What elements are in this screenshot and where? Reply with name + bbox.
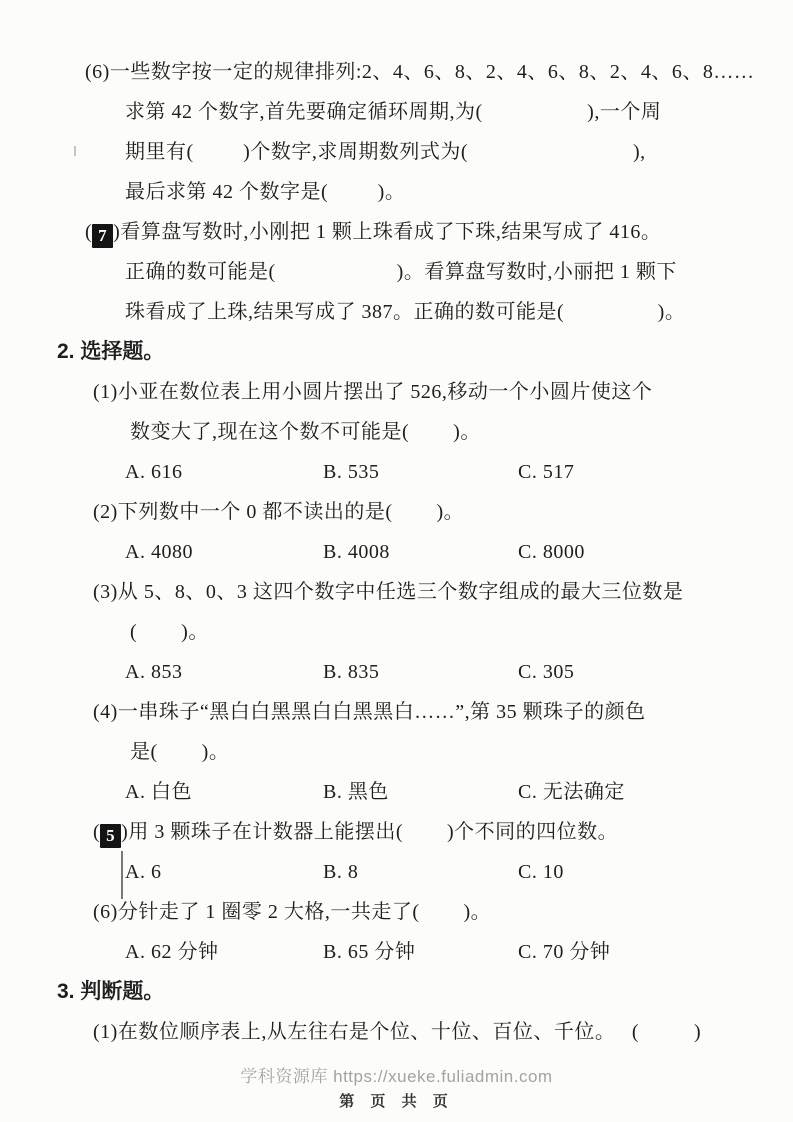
judge-question-1: (1)在数位顺序表上,从左往右是个位、十位、百位、千位。 ( )	[57, 1012, 753, 1052]
choice-question-1-options: A. 616 B. 535 C. 517	[57, 452, 753, 492]
option-c: C. 305	[518, 652, 753, 692]
page-number-text: 第 页 共 页	[0, 1090, 793, 1111]
choice-question-3-line-1: (3)从 5、8、0、3 这四个数字中任选三个数字组成的最大三位数是	[57, 572, 753, 612]
choice-question-1-line-1: (1)小亚在数位表上用小圆片摆出了 526,移动一个小圆片使这个	[57, 372, 753, 412]
option-c: C. 无法确定	[518, 772, 753, 812]
option-c: C. 10	[518, 852, 753, 892]
fill-question-7: (7)看算盘写数时,小刚把 1 颗上珠看成了下珠,结果写成了 416。 正确的数…	[57, 212, 753, 332]
choice-question-5-options: A. 6 B. 8 C. 10	[57, 852, 753, 892]
worksheet-page: (6)一些数字按一定的规律排列:2、4、6、8、2、4、6、8、2、4、6、8……	[0, 0, 793, 1122]
fill-question-7-line-2: 正确的数可能是( )。看算盘写数时,小丽把 1 颗下	[57, 252, 753, 292]
choice-question-3-options: A. 853 B. 835 C. 305	[57, 652, 753, 692]
fill-question-6: (6)一些数字按一定的规律排列:2、4、6、8、2、4、6、8、2、4、6、8……	[57, 52, 753, 212]
question-text: 在数位顺序表上,从左往右是个位、十位、百位、千位。 ( )	[118, 1021, 701, 1043]
question-number-label: (4)	[93, 701, 118, 723]
choice-question-3: (3)从 5、8、0、3 这四个数字中任选三个数字组成的最大三位数是 ( )。 …	[57, 572, 753, 692]
section-2-heading: 2. 选择题。	[57, 332, 753, 372]
question-text: 分针走了 1 圈零 2 大格,一共走了( )。	[118, 901, 491, 923]
option-a: A. 白色	[125, 772, 323, 812]
scan-stray-line-artifact	[121, 851, 123, 899]
choice-question-5-line-1: (5)用 3 颗珠子在计数器上能摆出( )个不同的四位数。	[57, 812, 753, 852]
option-a: A. 616	[125, 452, 323, 492]
question-number-label: (1)	[93, 1021, 118, 1043]
choice-question-4-line-1: (4)一串珠子“黑白白黑黑白白黑黑白……”,第 35 颗珠子的颜色	[57, 692, 753, 732]
choice-question-4: (4)一串珠子“黑白白黑黑白白黑黑白……”,第 35 颗珠子的颜色 是( )。 …	[57, 692, 753, 812]
question-text: 用 3 颗珠子在计数器上能摆出( )个不同的四位数。	[128, 821, 618, 843]
option-b: B. 8	[323, 852, 518, 892]
choice-question-6-line-1: (6)分针走了 1 圈零 2 大格,一共走了( )。	[57, 892, 753, 932]
option-a: A. 6	[125, 852, 323, 892]
scan-speck-artifact	[74, 146, 76, 156]
question-text: 看算盘写数时,小刚把 1 颗上珠看成了下珠,结果写成了 416。	[120, 221, 661, 243]
choice-question-2: (2)下列数中一个 0 都不读出的是( )。 A. 4080 B. 4008 C…	[57, 492, 753, 572]
paren-open: (	[93, 821, 100, 843]
choice-question-1-line-2: 数变大了,现在这个数不可能是( )。	[57, 412, 753, 452]
option-b: B. 65 分钟	[323, 932, 518, 972]
judge-question-1-line-1: (1)在数位顺序表上,从左往右是个位、十位、百位、千位。 ( )	[57, 1012, 753, 1052]
option-a: A. 853	[125, 652, 323, 692]
option-c: C. 517	[518, 452, 753, 492]
question-text: 一些数字按一定的规律排列:2、4、6、8、2、4、6、8、2、4、6、8……	[110, 61, 753, 83]
fill-question-6-line-3: 期里有( )个数字,求周期数列式为( ),	[57, 132, 753, 172]
choice-question-6-options: A. 62 分钟 B. 65 分钟 C. 70 分钟	[57, 932, 753, 972]
question-text: 小亚在数位表上用小圆片摆出了 526,移动一个小圆片使这个	[118, 381, 653, 403]
option-c: C. 70 分钟	[518, 932, 753, 972]
choice-question-5: (5)用 3 颗珠子在计数器上能摆出( )个不同的四位数。 A. 6 B. 8 …	[57, 812, 753, 892]
option-b: B. 黑色	[323, 772, 518, 812]
highlighted-question-number-badge: 7	[92, 224, 113, 248]
option-a: A. 62 分钟	[125, 932, 323, 972]
option-b: B. 535	[323, 452, 518, 492]
section-3-heading: 3. 判断题。	[57, 972, 753, 1012]
option-c: C. 8000	[518, 532, 753, 572]
choice-question-4-options: A. 白色 B. 黑色 C. 无法确定	[57, 772, 753, 812]
fill-question-6-line-4: 最后求第 42 个数字是( )。	[57, 172, 753, 212]
question-number-label: (2)	[93, 501, 118, 523]
option-b: B. 835	[323, 652, 518, 692]
choice-question-6: (6)分针走了 1 圈零 2 大格,一共走了( )。 A. 62 分钟 B. 6…	[57, 892, 753, 972]
option-b: B. 4008	[323, 532, 518, 572]
watermark-text: 学科资源库 https://xueke.fuliadmin.com	[0, 1062, 793, 1087]
paren-open: (	[85, 221, 92, 243]
fill-question-6-line-1: (6)一些数字按一定的规律排列:2、4、6、8、2、4、6、8、2、4、6、8……	[57, 52, 753, 92]
fill-question-7-line-3: 珠看成了上珠,结果写成了 387。正确的数可能是( )。	[57, 292, 753, 332]
choice-question-2-line-1: (2)下列数中一个 0 都不读出的是( )。	[57, 492, 753, 532]
question-number-label: (6)	[85, 61, 110, 83]
question-number-label: (6)	[93, 901, 118, 923]
question-number-label: (1)	[93, 381, 118, 403]
choice-question-3-line-2: ( )。	[57, 612, 753, 652]
option-a: A. 4080	[125, 532, 323, 572]
fill-question-6-line-2: 求第 42 个数字,首先要确定循环周期,为( ),一个周	[57, 92, 753, 132]
question-text: 从 5、8、0、3 这四个数字中任选三个数字组成的最大三位数是	[118, 581, 684, 603]
question-text: 下列数中一个 0 都不读出的是( )。	[118, 501, 464, 523]
question-text: 一串珠子“黑白白黑黑白白黑黑白……”,第 35 颗珠子的颜色	[118, 701, 646, 723]
highlighted-question-number-badge: 5	[100, 824, 121, 848]
question-number-label: (3)	[93, 581, 118, 603]
worksheet-content: (6)一些数字按一定的规律排列:2、4、6、8、2、4、6、8、2、4、6、8……	[57, 52, 753, 1052]
choice-question-2-options: A. 4080 B. 4008 C. 8000	[57, 532, 753, 572]
fill-question-7-line-1: (7)看算盘写数时,小刚把 1 颗上珠看成了下珠,结果写成了 416。	[57, 212, 753, 252]
choice-question-1: (1)小亚在数位表上用小圆片摆出了 526,移动一个小圆片使这个 数变大了,现在…	[57, 372, 753, 492]
choice-question-4-line-2: 是( )。	[57, 732, 753, 772]
